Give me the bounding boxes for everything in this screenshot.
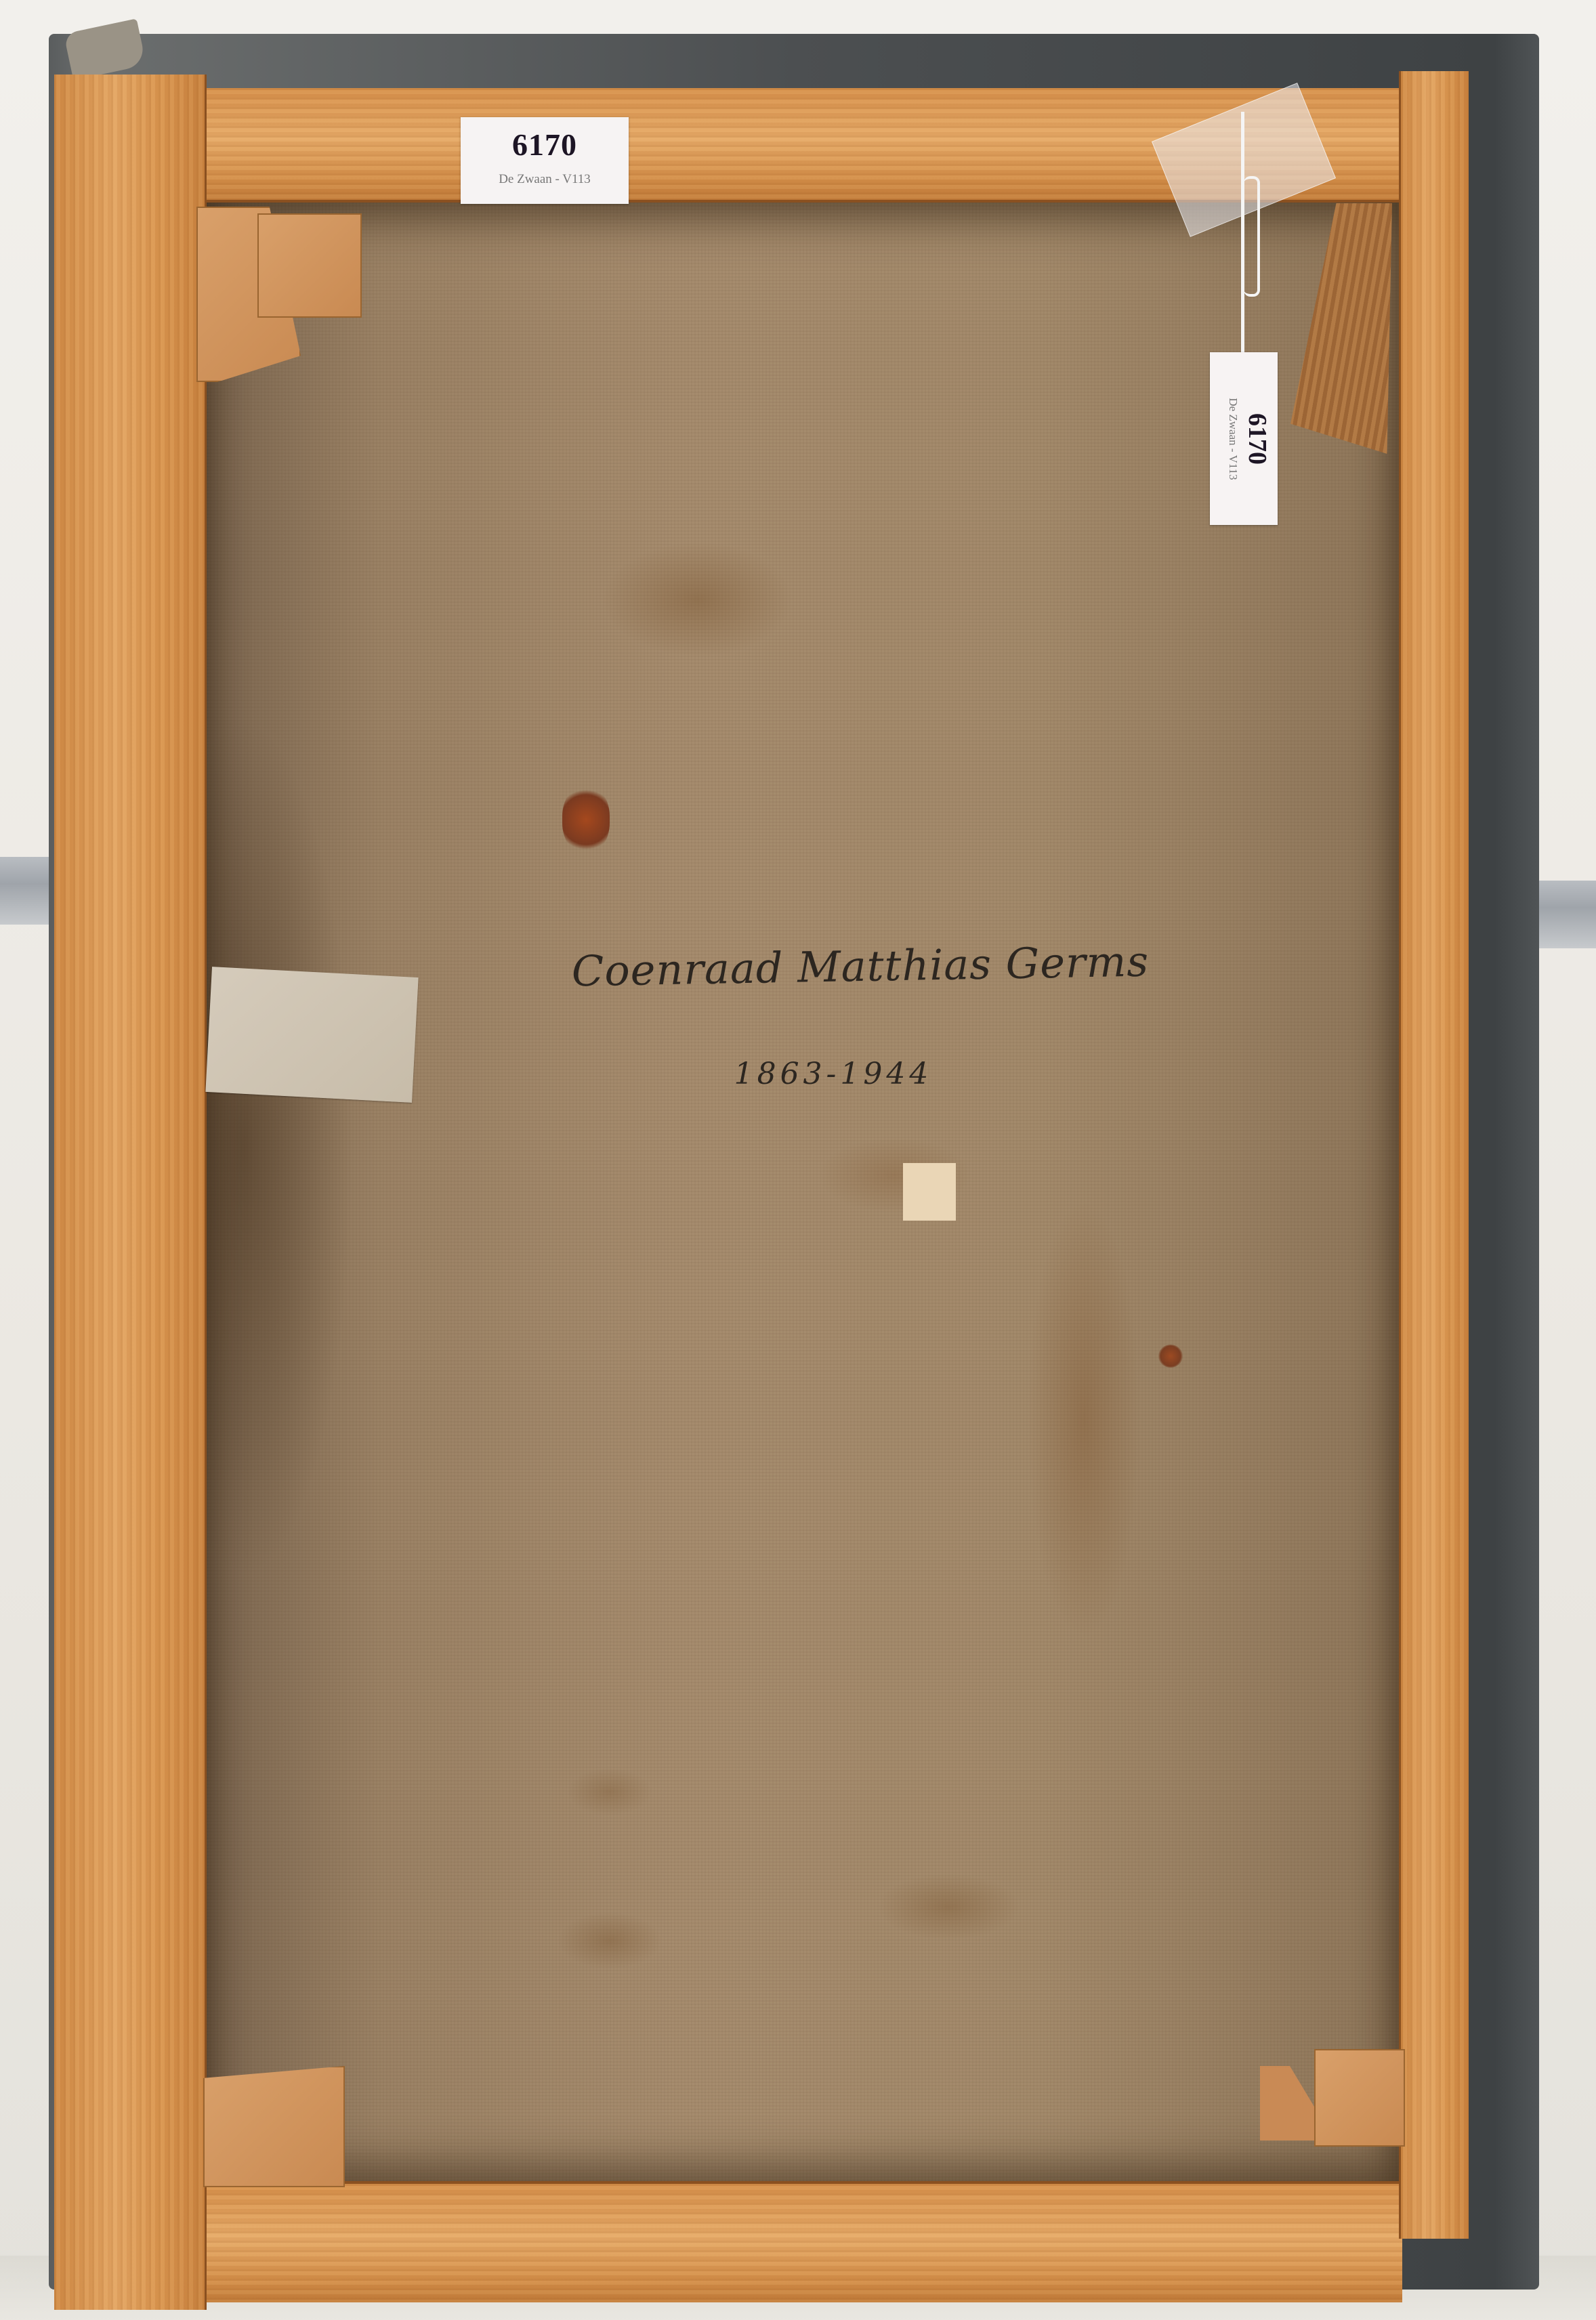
tag-string-loop [1244,176,1260,297]
tag-auction-code: De Zwaan - V113 [1226,352,1240,525]
sealing-wax-stain [562,786,610,853]
lot-auction-code: De Zwaan - V113 [461,172,629,187]
small-wax-drop [1158,1345,1183,1368]
tag-lot-number: 6170 [1242,352,1272,525]
hanging-lot-tag: 6170 De Zwaan - V113 [1210,352,1278,525]
stretcher-bar-bottom [203,2181,1402,2302]
corner-key-bottom-left [203,2066,345,2187]
handwritten-artist-name: Coenraad Matthias Germs [562,936,1158,996]
stretcher-bar-left [54,75,207,2310]
lot-number: 6170 [461,127,629,163]
canvas-repair-patch [205,967,418,1103]
auction-lot-label: 6170 De Zwaan - V113 [461,117,629,204]
handwritten-artist-dates: 1863-1944 [698,1057,969,1091]
corner-key-bottom-right-b [1314,2049,1405,2147]
corner-key-top-left-b [257,213,362,318]
stretcher-bar-right [1399,71,1469,2239]
small-paper-patch [903,1163,956,1221]
